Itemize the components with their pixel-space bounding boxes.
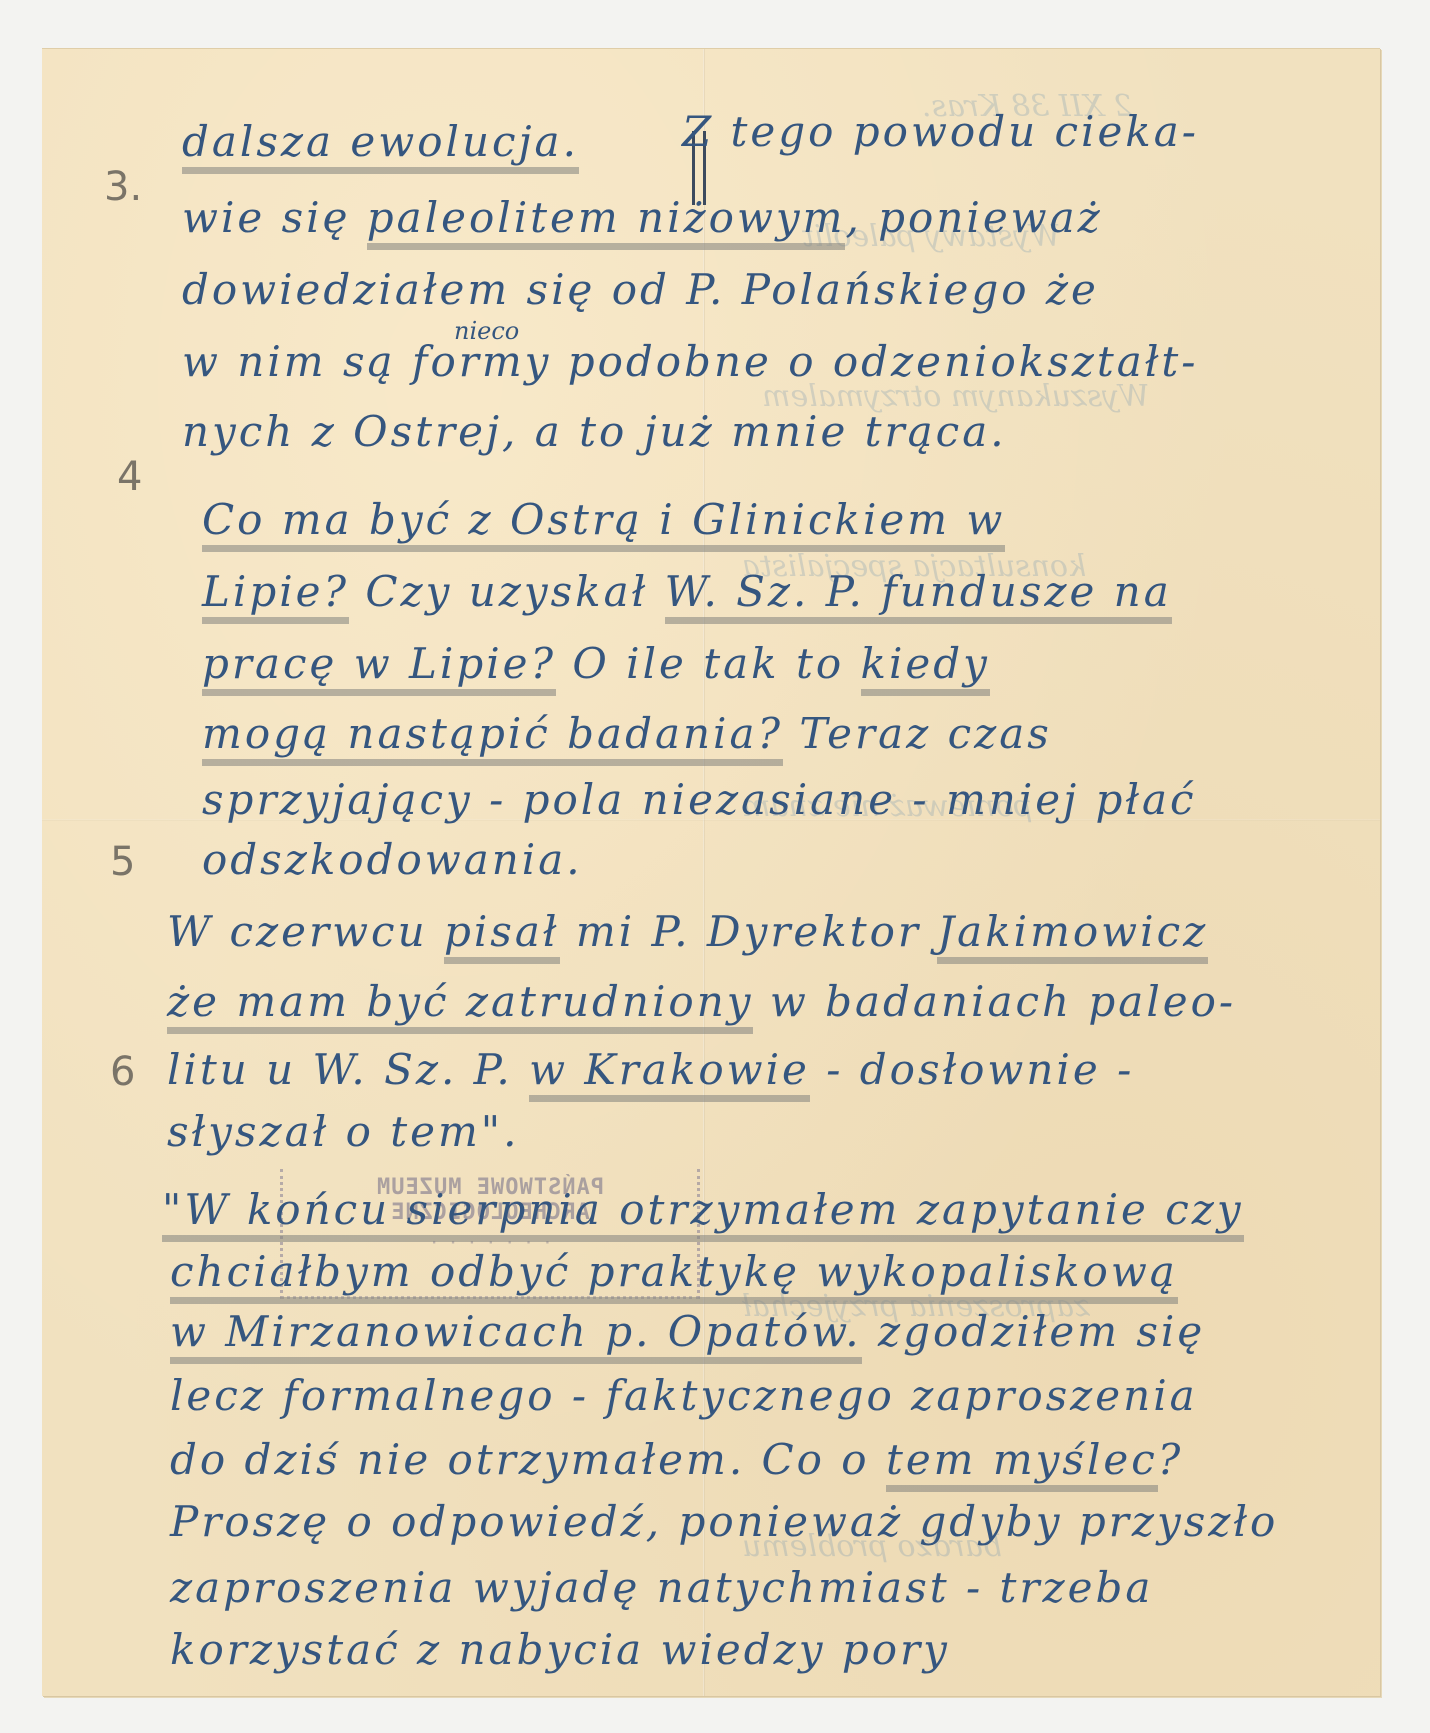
margin-number-6: 6 <box>110 1049 135 1095</box>
text-segment: Z tego powodu cieka- <box>682 107 1199 156</box>
text-segment: do dziś nie otrzymałem. Co o <box>170 1435 886 1484</box>
text-line-8: pracę w Lipie? O ile tak to kiedy <box>202 643 990 685</box>
text-segment: - dosłownie - <box>810 1045 1134 1094</box>
text-line-11: odszkodowania. <box>202 839 583 881</box>
text-line-15: słyszał o tem". <box>167 1111 519 1153</box>
text-line-5: nych z Ostrej, a to już mnie trąca. <box>182 411 1007 453</box>
text-segment: w nim są formy podobne o odzeniokształt- <box>182 337 1199 386</box>
margin-number-3: 3. <box>104 164 142 210</box>
text-segment: zgodziłem się <box>862 1307 1206 1356</box>
underlined-phrase: dalsza ewolucja. <box>182 117 579 174</box>
underlined-phrase: mogą nastąpić badania? <box>202 709 783 766</box>
text-segment: wie się <box>182 193 367 242</box>
text-line-22: zaproszenia wyjadę natychmiast - trzeba <box>170 1567 1153 1609</box>
underlined-phrase: chciałbym odbyć praktykę wykopaliskową <box>170 1247 1178 1304</box>
underlined-phrase: "W końcu sierpnia otrzymałem zapytanie c… <box>162 1185 1244 1242</box>
text-segment: litu u W. Sz. P. <box>167 1045 529 1094</box>
text-line-21: Proszę o odpowiedź, ponieważ gdyby przys… <box>170 1501 1278 1543</box>
text-segment: mi P. Dyrektor <box>560 907 938 956</box>
underlined-phrase: że mam być zatrudniony <box>167 977 753 1034</box>
text-segment: odszkodowania. <box>202 835 583 884</box>
underlined-phrase: Jakimowicz <box>937 907 1208 964</box>
text-line-1: dalsza ewolucja. <box>182 121 579 163</box>
text-segment: O ile tak to <box>556 639 860 688</box>
letter-page: 2 XII 38 Kras. Wystawy paleolit Wyszukan… <box>42 48 1380 1696</box>
underlined-phrase: pisał <box>444 907 560 964</box>
text-line-10: sprzyjający - pola niezasiane - mniej pł… <box>202 779 1197 821</box>
text-line-17: chciałbym odbyć praktykę wykopaliskową <box>170 1251 1178 1293</box>
text-line-3: dowiedziałem się od P. Polańskiego że <box>182 269 1099 311</box>
text-line-6: Co ma być z Ostrą i Glinickiem w <box>202 499 1005 541</box>
text-segment: Teraz czas <box>783 709 1052 758</box>
text-line-2: wie się paleolitem niżowym, ponieważ <box>182 197 1103 239</box>
underlined-phrase: tem myślec <box>886 1435 1158 1492</box>
underlined-phrase: Lipie? <box>202 567 349 624</box>
underlined-phrase: kiedy <box>861 639 990 696</box>
text-segment: sprzyjający - pola niezasiane - mniej pł… <box>202 775 1197 824</box>
text-line-4: w nim są formy podobne o odzeniokształt- <box>182 341 1199 383</box>
text-segment: w badaniach paleo- <box>753 977 1236 1026</box>
text-segment: zaproszenia wyjadę natychmiast - trzeba <box>170 1563 1153 1612</box>
underlined-phrase: W. Sz. P. fundusze na <box>665 567 1172 624</box>
underlined-phrase: pracę w Lipie? <box>202 639 556 696</box>
text-segment: W czerwcu <box>167 907 444 956</box>
text-segment: ? <box>1158 1435 1184 1484</box>
margin-number-4: 4 <box>117 454 142 500</box>
text-segment: Proszę o odpowiedź, ponieważ gdyby przys… <box>170 1497 1278 1546</box>
text-line-23: korzystać z nabycia wiedzy pory <box>170 1629 950 1671</box>
text-segment: korzystać z nabycia wiedzy pory <box>170 1625 950 1674</box>
text-line-1b: Z tego powodu cieka- <box>682 111 1199 153</box>
text-line-18: w Mirzanowicach p. Opatów. zgodziłem się <box>170 1311 1205 1353</box>
text-segment: dowiedziałem się od P. Polańskiego że <box>182 265 1099 314</box>
text-line-19: lecz formalnego - faktycznego zaproszeni… <box>170 1375 1198 1417</box>
text-line-16: "W końcu sierpnia otrzymałem zapytanie c… <box>162 1189 1244 1231</box>
text-segment: słyszał o tem". <box>167 1107 519 1156</box>
text-segment: lecz formalnego - faktycznego zaproszeni… <box>170 1371 1198 1420</box>
text-line-20: do dziś nie otrzymałem. Co o tem myślec? <box>170 1439 1183 1481</box>
underlined-phrase: w Krakowie <box>529 1045 810 1102</box>
underlined-phrase: w Mirzanowicach p. Opatów. <box>170 1307 862 1364</box>
text-line-7: Lipie? Czy uzyskał W. Sz. P. fundusze na <box>202 571 1172 613</box>
text-segment: , ponieważ <box>845 193 1102 242</box>
underlined-phrase: Co ma być z Ostrą i Glinickiem w <box>202 495 1005 552</box>
text-line-13: że mam być zatrudniony w badaniach paleo… <box>167 981 1236 1023</box>
text-line-12: W czerwcu pisał mi P. Dyrektor Jakimowic… <box>167 911 1208 953</box>
text-line-9: mogą nastąpić badania? Teraz czas <box>202 713 1052 755</box>
text-line-14: litu u W. Sz. P. w Krakowie - dosłownie … <box>167 1049 1134 1091</box>
text-segment: Czy uzyskał <box>349 567 665 616</box>
margin-number-5: 5 <box>110 839 135 885</box>
underlined-phrase: paleolitem niżowym <box>367 193 846 250</box>
text-segment: nych z Ostrej, a to już mnie trąca. <box>182 407 1007 456</box>
